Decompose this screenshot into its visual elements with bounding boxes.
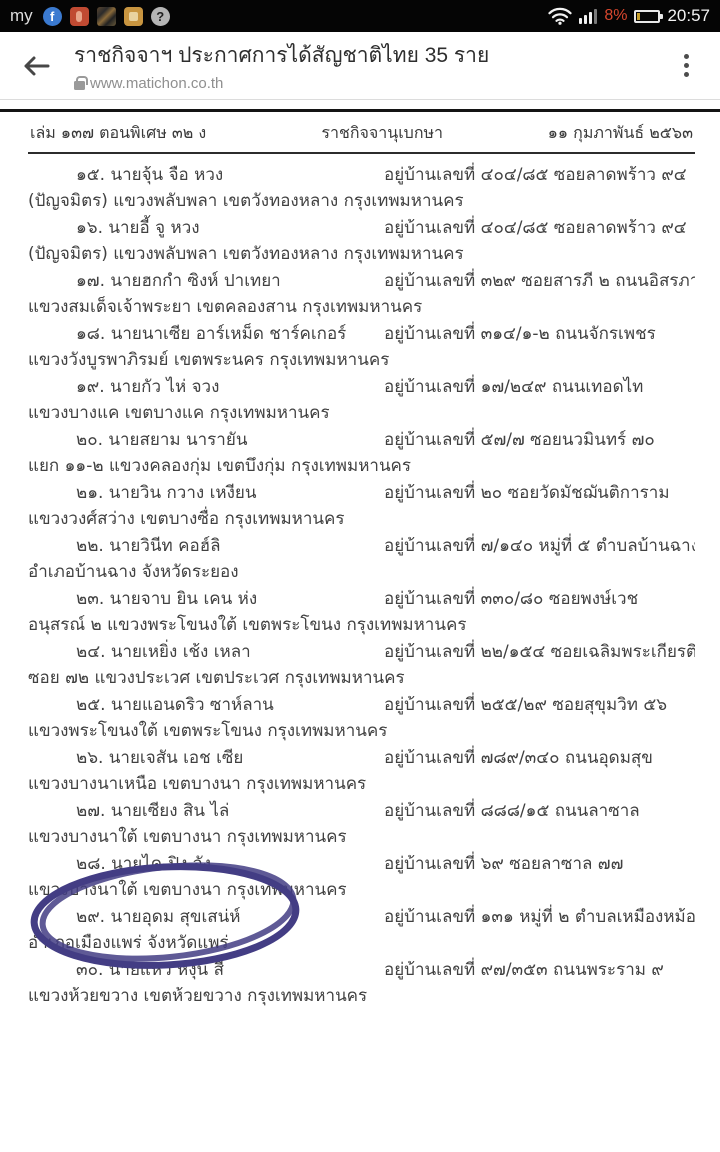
gazette-entry: ๒๕. นายแอนดริว ซาห์ลาน อยู่บ้านเลขที่ ๒๕… xyxy=(28,692,695,745)
entry-address-continuation: แขวงวงศ์สว่าง เขตบางซื่อ กรุงเทพมหานคร xyxy=(28,506,695,532)
entry-line1: ๒๗. นายเซียง สิน ไล่ อยู่บ้านเลขที่ ๘๘๘/… xyxy=(28,798,695,824)
photo-notification-icon xyxy=(97,7,116,26)
wifi-icon xyxy=(548,7,572,25)
entry-number-and-name: ๓๐. นายแหว่ หงุน สี xyxy=(28,957,376,983)
entry-line1: ๒๑. นายวิน กวาง เหงียน อยู่บ้านเลขที่ ๒๐… xyxy=(28,480,695,506)
entry-address: อยู่บ้านเลขที่ ๖๙ ซอยลาซาล ๗๗ xyxy=(384,851,695,877)
menu-button[interactable] xyxy=(666,44,706,88)
gazette-date: ๑๑ กุมภาพันธ์ ๒๕๖๓ xyxy=(486,121,693,146)
entry-address-continuation: แยก ๑๑-๒ แขวงคลองกุ่ม เขตบึงกุ่ม กรุงเทพ… xyxy=(28,453,695,479)
entry-address-continuation: อำเภอบ้านฉาง จังหวัดระยอง xyxy=(28,559,695,585)
entry-address: อยู่บ้านเลขที่ ๔๐๔/๘๕ ซอยลาดพร้าว ๙๔ xyxy=(384,215,695,241)
gazette-entry: ๒๒. นายวินีท คอฮ์ลิ อยู่บ้านเลขที่ ๗/๑๔๐… xyxy=(28,533,695,586)
entry-address: อยู่บ้านเลขที่ ๔๐๔/๘๕ ซอยลาดพร้าว ๙๔ xyxy=(384,162,695,188)
gazette-entry: ๒๔. นายเหยิ่ง เช้ง เหลา อยู่บ้านเลขที่ ๒… xyxy=(28,639,695,692)
entry-number-and-name: ๒๕. นายแอนดริว ซาห์ลาน xyxy=(28,692,376,718)
entry-address: อยู่บ้านเลขที่ ๓๑๔/๑-๒ ถนนจักรเพชร xyxy=(384,321,695,347)
entry-address: อยู่บ้านเลขที่ ๓๓๐/๘๐ ซอยพงษ์เวช xyxy=(384,586,695,612)
entry-address: อยู่บ้านเลขที่ ๘๘๘/๑๕ ถนนลาซาล xyxy=(384,798,695,824)
entry-address: อยู่บ้านเลขที่ ๓๒๙ ซอยสารภี ๒ ถนนอิสรภาพ xyxy=(384,268,695,294)
gazette-entry: ๒๐. นายสยาม นารายัน อยู่บ้านเลขที่ ๕๗/๗ … xyxy=(28,427,695,480)
entry-number-and-name: ๒๓. นายจาบ ยิน เคน ห่ง xyxy=(28,586,376,612)
entry-address-continuation: แขวงวังบูรพาภิรมย์ เขตพระนคร กรุงเทพมหาน… xyxy=(28,347,695,373)
status-bar-right: 8% 20:57 xyxy=(548,6,710,26)
entry-address: อยู่บ้านเลขที่ ๑๓๑ หมู่ที่ ๒ ตำบลเหมืองห… xyxy=(384,904,695,930)
gazette-entry: ๓๐. นายแหว่ หงุน สี อยู่บ้านเลขที่ ๙๗/๓๕… xyxy=(28,957,695,1010)
entry-address: อยู่บ้านเลขที่ ๕๗/๗ ซอยนวมินทร์ ๗๐ xyxy=(384,427,695,453)
gazette-entry: ๒๓. นายจาบ ยิน เคน ห่ง อยู่บ้านเลขที่ ๓๓… xyxy=(28,586,695,639)
gazette-entry: ๑๕. นายจุ้น จือ หวง อยู่บ้านเลขที่ ๔๐๔/๘… xyxy=(28,162,695,215)
entry-line1: ๑๙. นายกัว ไห่ จวง อยู่บ้านเลขที่ ๑๗/๒๔๙… xyxy=(28,374,695,400)
gazette-journal-name: ราชกิจจานุเบกษา xyxy=(279,121,486,146)
entry-number-and-name: ๑๙. นายกัว ไห่ จวง xyxy=(28,374,376,400)
entry-number-and-name: ๑๗. นายฮกกำ ซิงห์ ปาเทยา xyxy=(28,268,376,294)
entry-line1: ๒๓. นายจาบ ยิน เคน ห่ง อยู่บ้านเลขที่ ๓๓… xyxy=(28,586,695,612)
entry-address: อยู่บ้านเลขที่ ๒๐ ซอยวัดมัชฌันติการาม xyxy=(384,480,695,506)
entry-number-and-name: ๒๔. นายเหยิ่ง เช้ง เหลา xyxy=(28,639,376,665)
status-bar: my f ? 8% 20:57 xyxy=(0,0,720,32)
entry-number-and-name: ๒๖. นายเจสัน เอช เซีย xyxy=(28,745,376,771)
entry-line1: ๑๘. นายนาเซีย อาร์เหม็ด ชาร์คเกอร์ อยู่บ… xyxy=(28,321,695,347)
entry-address: อยู่บ้านเลขที่ ๗/๑๔๐ หมู่ที่ ๕ ตำบลบ้านฉ… xyxy=(384,533,695,559)
entry-address-continuation: อำเภอเมืองแพร่ จังหวัดแพร่ xyxy=(28,930,695,956)
lock-icon xyxy=(74,81,85,90)
entry-address: อยู่บ้านเลขที่ ๒๕๕/๒๙ ซอยสุขุมวิท ๕๖ xyxy=(384,692,695,718)
app-notification-icon xyxy=(70,7,89,26)
status-bar-left: my f ? xyxy=(10,6,170,26)
entry-address: อยู่บ้านเลขที่ ๗๘๙/๓๔๐ ถนนอุดมสุข xyxy=(384,745,695,771)
entry-address-continuation: แขวงบางนาเหนือ เขตบางนา กรุงเทพมหานคร xyxy=(28,771,695,797)
entry-number-and-name: ๒๒. นายวินีท คอฮ์ลิ xyxy=(28,533,376,559)
entry-number-and-name: ๒๑. นายวิน กวาง เหงียน xyxy=(28,480,376,506)
entry-address: อยู่บ้านเลขที่ ๙๗/๓๕๓ ถนนพระราม ๙ xyxy=(384,957,695,983)
page-title: ราชกิจจาฯ ประกาศการได้สัญชาติไทย 35 ราย xyxy=(74,39,666,72)
entry-address-continuation: แขวงสมเด็จเจ้าพระยา เขตคลองสาน กรุงเทพมห… xyxy=(28,294,695,320)
entry-number-and-name: ๑๕. นายจุ้น จือ หวง xyxy=(28,162,376,188)
entry-line1: ๒๐. นายสยาม นารายัน อยู่บ้านเลขที่ ๕๗/๗ … xyxy=(28,427,695,453)
clock: 20:57 xyxy=(667,6,710,26)
gazette-entry: ๑๖. นายอี้ จู หวง อยู่บ้านเลขที่ ๔๐๔/๘๕ … xyxy=(28,215,695,268)
entry-line1: ๒๒. นายวินีท คอฮ์ลิ อยู่บ้านเลขที่ ๗/๑๔๐… xyxy=(28,533,695,559)
entry-address-continuation: (ปัญจมิตร) แขวงพลับพลา เขตวังทองหลาง กรุ… xyxy=(28,241,695,267)
entry-line1: ๒๙. นายอุดม สุขเสน่ห์ อยู่บ้านเลขที่ ๑๓๑… xyxy=(28,904,695,930)
entry-address: อยู่บ้านเลขที่ ๒๒/๑๕๔ ซอยเฉลิมพระเกียรติ… xyxy=(384,639,695,665)
entry-number-and-name: ๒๘. นายไค-ปิง จัง xyxy=(28,851,376,877)
entry-address-continuation: (ปัญจมิตร) แขวงพลับพลา เขตวังทองหลาง กรุ… xyxy=(28,188,695,214)
entry-list: ๑๕. นายจุ้น จือ หวง อยู่บ้านเลขที่ ๔๐๔/๘… xyxy=(28,154,695,1010)
entry-address-continuation: อนุสรณ์ ๒ แขวงพระโขนงใต้ เขตพระโขนง กรุง… xyxy=(28,612,695,638)
entry-number-and-name: ๒๐. นายสยาม นารายัน xyxy=(28,427,376,453)
question-notification-icon: ? xyxy=(151,7,170,26)
gazette-entry: ๒๖. นายเจสัน เอช เซีย อยู่บ้านเลขที่ ๗๘๙… xyxy=(28,745,695,798)
title-wrap: ราชกิจจาฯ ประกาศการได้สัญชาติไทย 35 ราย … xyxy=(58,39,666,92)
entry-address-continuation: แขวงพระโขนงใต้ เขตพระโขนง กรุงเทพมหานคร xyxy=(28,718,695,744)
facebook-notification-icon: f xyxy=(43,7,62,26)
entry-address-continuation: แขวงห้วยขวาง เขตห้วยขวาง กรุงเทพมหานคร xyxy=(28,983,695,1009)
back-arrow-icon xyxy=(22,54,50,78)
entry-line1: ๑๗. นายฮกกำ ซิงห์ ปาเทยา อยู่บ้านเลขที่ … xyxy=(28,268,695,294)
screen: my f ? 8% 20:57 ราชกิจ xyxy=(0,0,720,1152)
gallery-notification-icon xyxy=(124,7,143,26)
url-bar[interactable]: www.matichon.co.th xyxy=(74,75,666,92)
back-button[interactable] xyxy=(14,44,58,88)
gazette-entry: ๒๙. นายอุดม สุขเสน่ห์ อยู่บ้านเลขที่ ๑๓๑… xyxy=(28,904,695,957)
entry-line1: ๑๕. นายจุ้น จือ หวง อยู่บ้านเลขที่ ๔๐๔/๘… xyxy=(28,162,695,188)
gazette-document[interactable]: เล่ม ๑๓๗ ตอนพิเศษ ๓๒ ง ราชกิจจานุเบกษา ๑… xyxy=(0,112,720,1010)
entry-line1: ๒๘. นายไค-ปิง จัง อยู่บ้านเลขที่ ๖๙ ซอยล… xyxy=(28,851,695,877)
signal-strength-icon xyxy=(579,8,597,24)
entry-number-and-name: ๒๗. นายเซียง สิน ไล่ xyxy=(28,798,376,824)
gazette-entry: ๑๙. นายกัว ไห่ จวง อยู่บ้านเลขที่ ๑๗/๒๔๙… xyxy=(28,374,695,427)
entry-line1: ๒๕. นายแอนดริว ซาห์ลาน อยู่บ้านเลขที่ ๒๕… xyxy=(28,692,695,718)
battery-icon xyxy=(634,10,660,23)
gazette-entry: ๑๗. นายฮกกำ ซิงห์ ปาเทยา อยู่บ้านเลขที่ … xyxy=(28,268,695,321)
url-text: www.matichon.co.th xyxy=(90,75,223,92)
entry-address-continuation: แขวงบางแค เขตบางแค กรุงเทพมหานคร xyxy=(28,400,695,426)
carrier-label: my xyxy=(10,6,33,26)
browser-header: ราชกิจจาฯ ประกาศการได้สัญชาติไทย 35 ราย … xyxy=(0,32,720,100)
gazette-volume: เล่ม ๑๓๗ ตอนพิเศษ ๓๒ ง xyxy=(30,121,279,146)
entry-address: อยู่บ้านเลขที่ ๑๗/๒๔๙ ถนนเทอดไท xyxy=(384,374,695,400)
battery-percent: 8% xyxy=(604,7,627,25)
entry-number-and-name: ๑๖. นายอี้ จู หวง xyxy=(28,215,376,241)
entry-line1: ๑๖. นายอี้ จู หวง อยู่บ้านเลขที่ ๔๐๔/๘๕ … xyxy=(28,215,695,241)
entry-address-continuation: แขวงบางนาใต้ เขตบางนา กรุงเทพมหานคร xyxy=(28,877,695,903)
entry-number-and-name: ๑๘. นายนาเซีย อาร์เหม็ด ชาร์คเกอร์ xyxy=(28,321,376,347)
gazette-entry: ๒๘. นายไค-ปิง จัง อยู่บ้านเลขที่ ๖๙ ซอยล… xyxy=(28,851,695,904)
gazette-page-header: เล่ม ๑๓๗ ตอนพิเศษ ๓๒ ง ราชกิจจานุเบกษา ๑… xyxy=(28,112,695,154)
entry-line1: ๓๐. นายแหว่ หงุน สี อยู่บ้านเลขที่ ๙๗/๓๕… xyxy=(28,957,695,983)
gazette-entry: ๒๑. นายวิน กวาง เหงียน อยู่บ้านเลขที่ ๒๐… xyxy=(28,480,695,533)
entry-line1: ๒๖. นายเจสัน เอช เซีย อยู่บ้านเลขที่ ๗๘๙… xyxy=(28,745,695,771)
gazette-entry: ๒๗. นายเซียง สิน ไล่ อยู่บ้านเลขที่ ๘๘๘/… xyxy=(28,798,695,851)
entry-line1: ๒๔. นายเหยิ่ง เช้ง เหลา อยู่บ้านเลขที่ ๒… xyxy=(28,639,695,665)
gazette-entry: ๑๘. นายนาเซีย อาร์เหม็ด ชาร์คเกอร์ อยู่บ… xyxy=(28,321,695,374)
entry-number-and-name: ๒๙. นายอุดม สุขเสน่ห์ xyxy=(28,904,376,930)
entry-address-continuation: แขวงบางนาใต้ เขตบางนา กรุงเทพมหานคร xyxy=(28,824,695,850)
entry-address-continuation: ซอย ๗๒ แขวงประเวศ เขตประเวศ กรุงเทพมหานค… xyxy=(28,665,695,691)
